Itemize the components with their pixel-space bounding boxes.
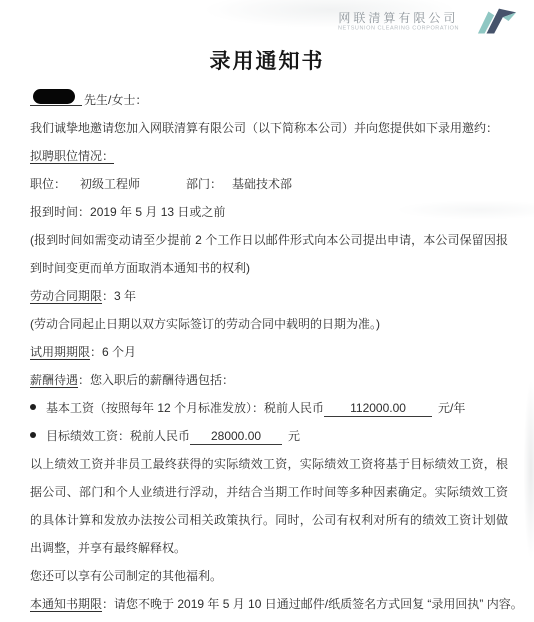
deadline-text: ：请您不晚于 2019 年 5 月 10 日通过邮件/纸质签名方式回复 “录用回… bbox=[102, 597, 523, 611]
perf-salary-amount: 28000.00 bbox=[190, 428, 282, 445]
salary-label: 薪酬待遇 bbox=[30, 373, 78, 387]
position-value: 初级工程师 bbox=[80, 177, 140, 191]
document-title: 录用通知书 bbox=[0, 48, 534, 76]
position-heading: 拟聘职位情况： bbox=[30, 142, 508, 170]
contract-term-note: (劳动合同起止日期以双方实际签订的劳动合同中载明的日期为准。) bbox=[30, 310, 508, 338]
company-name: 网联清算有限公司 bbox=[338, 11, 470, 25]
offer-letter-document: 网联清算有限公司 NETSUNION CLEARING CORPORATION … bbox=[0, 0, 534, 622]
probation-label: 试用期期限 bbox=[30, 345, 90, 359]
position-label: 职位： bbox=[30, 177, 66, 191]
perf-salary-item: 目标绩效工资：税前人民币28000.00元 bbox=[30, 422, 508, 450]
base-salary-suffix: 元/年 bbox=[438, 401, 465, 415]
position-heading-label: 拟聘职位情况： bbox=[30, 149, 114, 163]
perf-salary-note: 以上绩效工资并非员工最终获得的实际绩效工资，实际绩效工资将基于目标绩效工资，根据… bbox=[30, 450, 508, 562]
base-salary-prefix: 基本工资（按照每年 12 个月标准发放）：税前人民币 bbox=[46, 401, 324, 415]
department-value: 基础技术部 bbox=[232, 177, 292, 191]
report-time-label: 报到时间： bbox=[30, 205, 90, 219]
redacted-name-blank bbox=[30, 88, 82, 106]
benefits-line: 您还可以享有公司制定的其他福利。 bbox=[30, 562, 508, 590]
intro-line: 我们诚挚地邀请您加入网联清算有限公司（以下简称本公司）并向您提供如下录用邀约： bbox=[30, 114, 508, 142]
redaction-mark bbox=[33, 89, 75, 104]
perf-salary-prefix: 目标绩效工资：税前人民币 bbox=[46, 429, 190, 443]
base-salary-amount: 112000.00 bbox=[324, 400, 432, 417]
salary-intro: ：您入职后的薪酬待遇包括： bbox=[78, 373, 234, 387]
greeting-suffix: 先生/女士： bbox=[84, 93, 147, 107]
company-logo-icon bbox=[476, 7, 520, 37]
contract-term-line: 劳动合同期限：3 年 bbox=[30, 282, 508, 310]
perf-salary-suffix: 元 bbox=[288, 429, 300, 443]
base-salary-item: 基本工资（按照每年 12 个月标准发放）：税前人民币112000.00元/年 bbox=[30, 394, 508, 422]
contract-term-value: ：3 年 bbox=[102, 289, 136, 303]
letterhead: 网联清算有限公司 NETSUNION CLEARING CORPORATION bbox=[0, 0, 534, 41]
company-name-en: NETSUNION CLEARING CORPORATION bbox=[338, 25, 459, 32]
position-line: 职位：初级工程师部门：基础技术部 bbox=[30, 170, 508, 198]
department-label: 部门： bbox=[186, 177, 222, 191]
report-time-line: 报到时间：2019 年 5 月 13 日或之前 bbox=[30, 198, 508, 226]
document-body: 先生/女士： 我们诚挚地邀请您加入网联清算有限公司（以下简称本公司）并向您提供如… bbox=[0, 86, 534, 618]
probation-line: 试用期期限：6 个月 bbox=[30, 338, 508, 366]
report-time-value: 2019 年 5 月 13 日或之前 bbox=[90, 205, 225, 219]
company-brand: 网联清算有限公司 NETSUNION CLEARING CORPORATION bbox=[338, 7, 520, 37]
company-brand-text: 网联清算有限公司 NETSUNION CLEARING CORPORATION bbox=[338, 11, 470, 33]
probation-value: ：6 个月 bbox=[90, 345, 136, 359]
salary-heading-line: 薪酬待遇：您入职后的薪酬待遇包括： bbox=[30, 366, 508, 394]
report-time-note: (报到时间如需变动请至少提前 2 个工作日以邮件形式向本公司提出申请，本公司保留… bbox=[30, 226, 508, 282]
bullet-icon bbox=[30, 404, 36, 410]
deadline-line: 本通知书期限：请您不晚于 2019 年 5 月 10 日通过邮件/纸质签名方式回… bbox=[30, 590, 508, 618]
bullet-icon bbox=[30, 432, 36, 438]
deadline-label: 本通知书期限 bbox=[30, 597, 102, 611]
greeting-line: 先生/女士： bbox=[30, 86, 508, 114]
contract-term-label: 劳动合同期限 bbox=[30, 289, 102, 303]
